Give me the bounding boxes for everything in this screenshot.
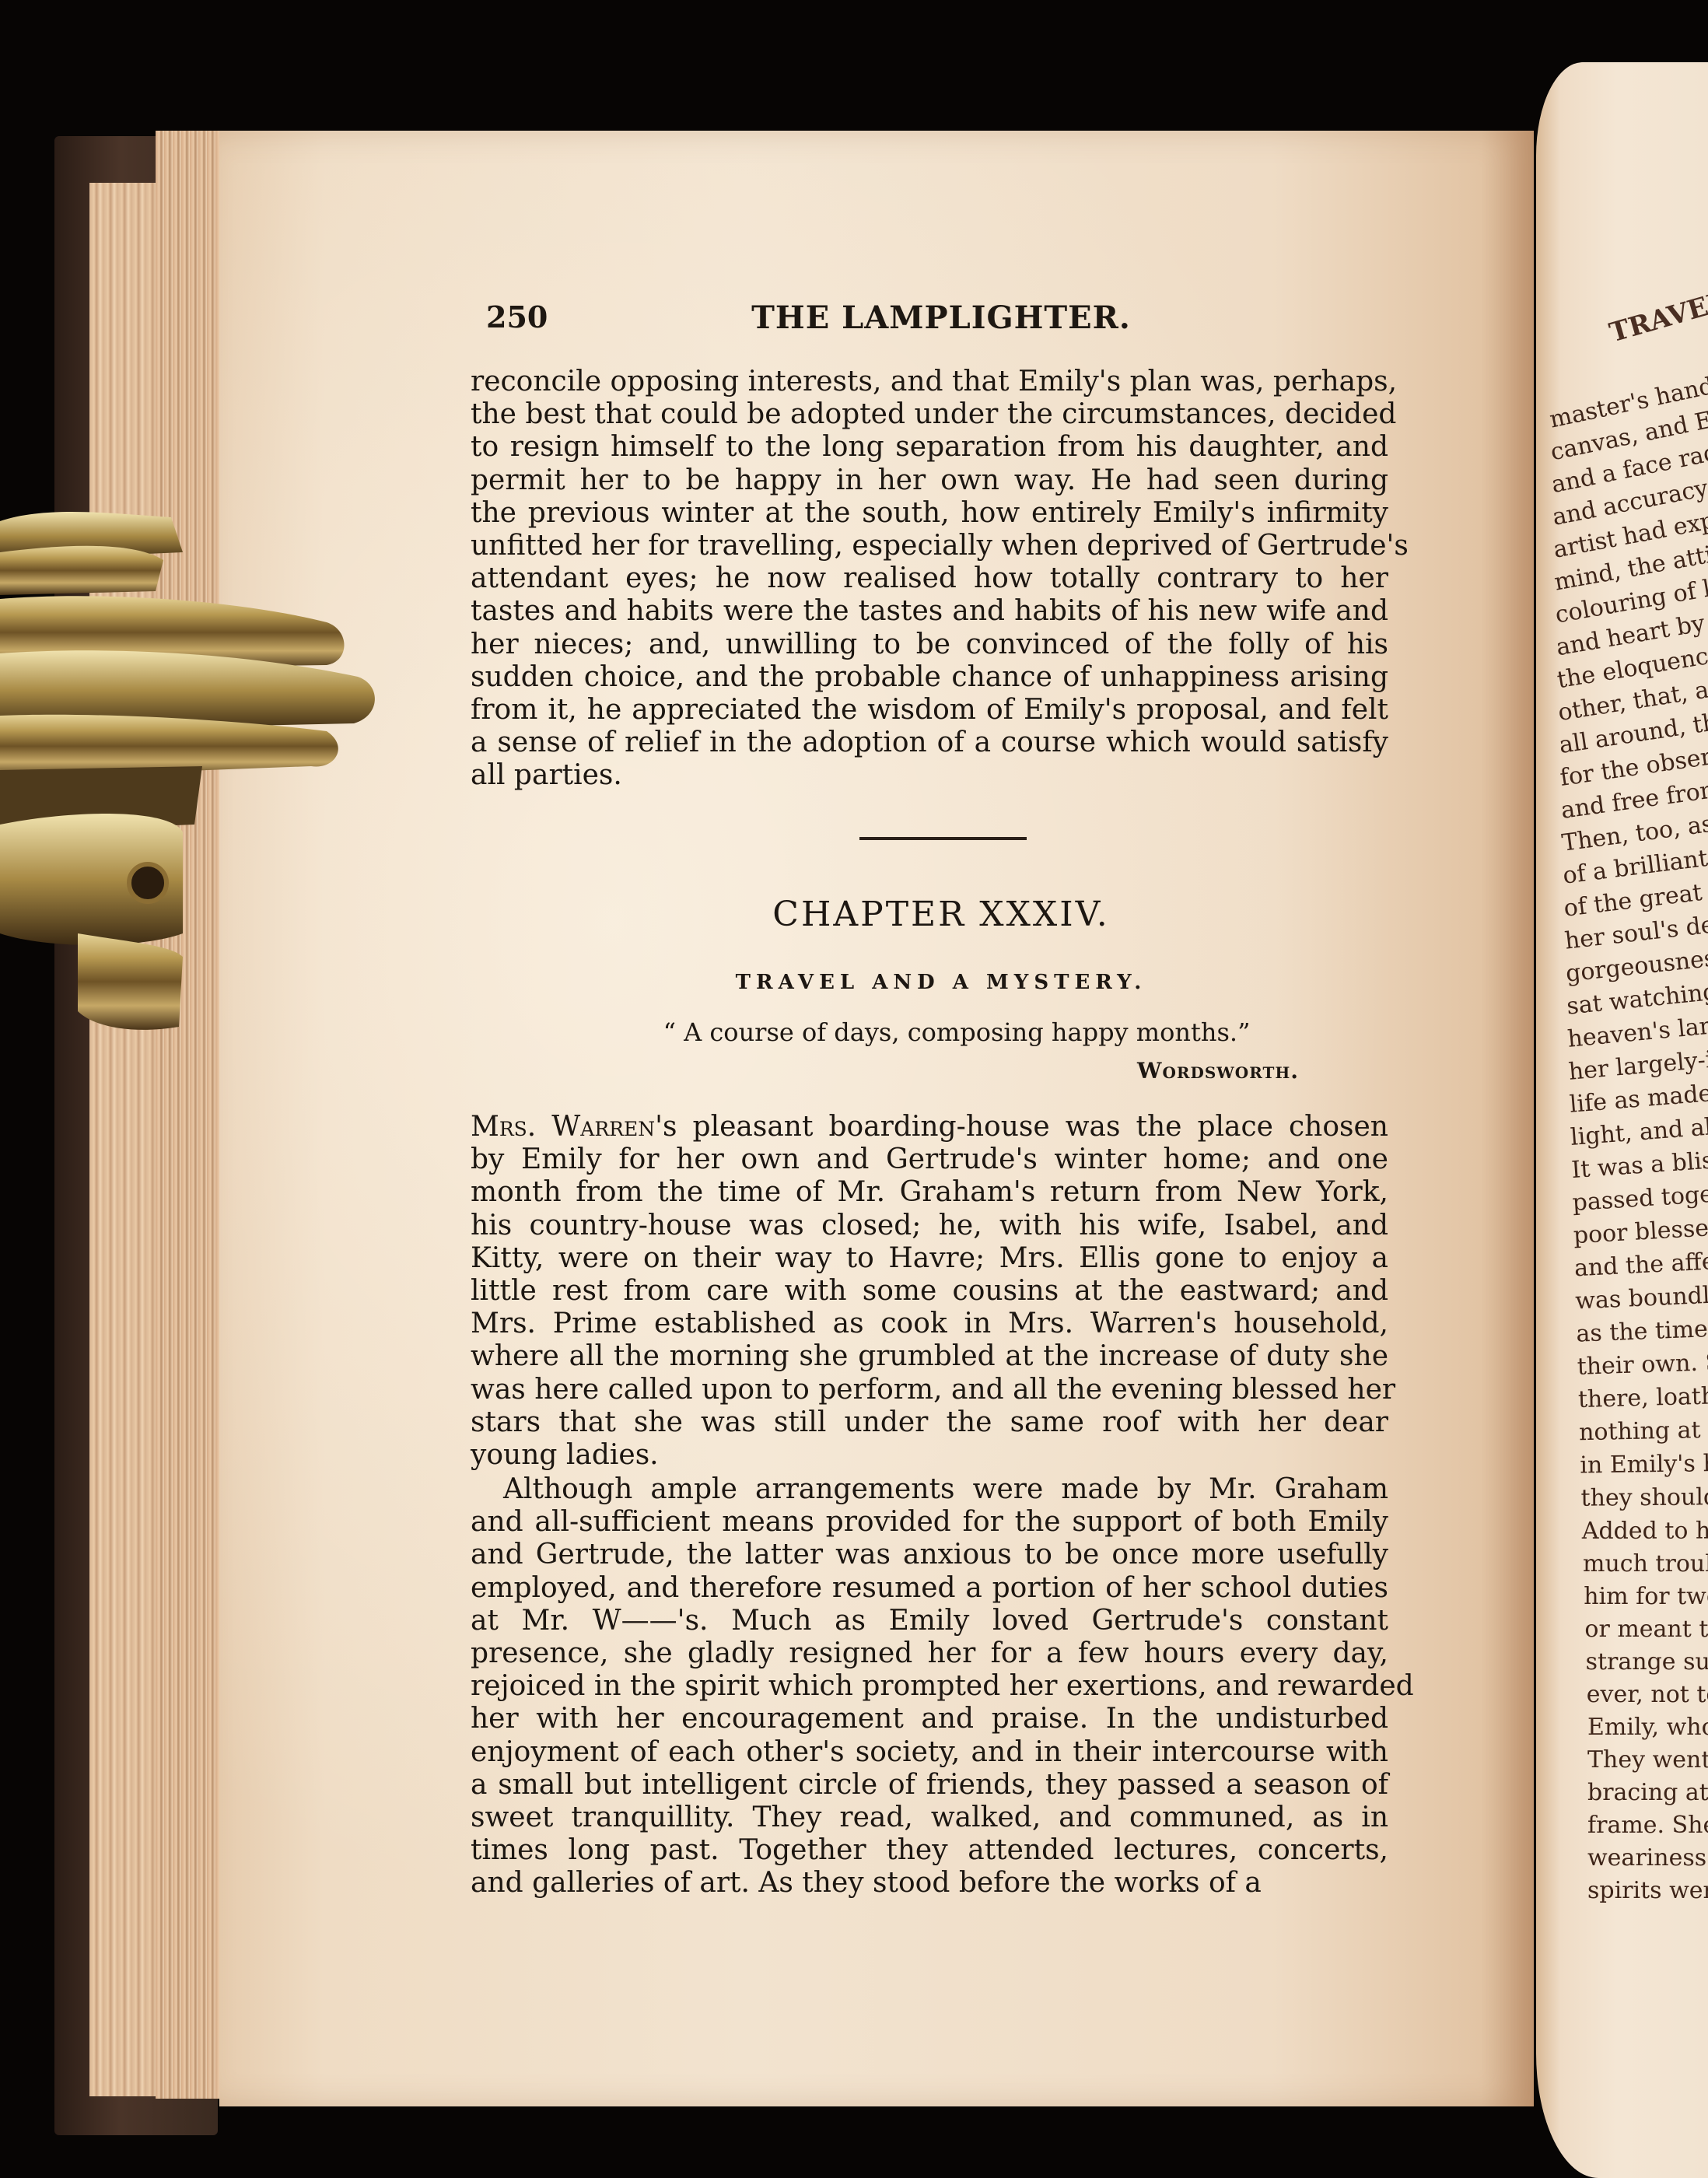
text-line: tastes and habits were the tastes and ha… bbox=[471, 595, 1388, 628]
right-running-title: TRAVEL A bbox=[1606, 278, 1708, 348]
text-line: Kitty, were on their way to Havre; Mrs. … bbox=[471, 1242, 1388, 1275]
text-line: little rest from care with some cousins … bbox=[471, 1275, 1388, 1308]
right-text-line: Added to her an bbox=[1550, 1515, 1708, 1548]
right-text-line: as the time when sh bbox=[1549, 1311, 1708, 1352]
chapter-paragraph-2: Although ample arrangements were made by… bbox=[471, 1473, 1388, 1900]
text-line: his country-house was closed; he, with h… bbox=[471, 1210, 1388, 1242]
text-line: Mrs. Warren's pleasant boarding-house wa… bbox=[471, 1111, 1388, 1143]
running-title: THE LAMPLIGHTER. bbox=[486, 299, 1396, 336]
right-text-line: frame. She wa bbox=[1550, 1809, 1708, 1842]
text-line: reconcile opposing interests, and that E… bbox=[471, 366, 1388, 398]
right-text-line: Emily, who now bbox=[1550, 1711, 1708, 1744]
epigraph-attribution: Wordsworth. bbox=[1104, 1058, 1299, 1084]
right-text-line: weariness robbe bbox=[1550, 1842, 1708, 1875]
right-text-line: in Emily's health, a bbox=[1550, 1447, 1708, 1483]
chapter-title: CHAPTER XXXIV. bbox=[467, 895, 1416, 934]
right-text-line: their own. Spring bbox=[1549, 1346, 1708, 1385]
lead-small-caps: Mrs. Warren bbox=[471, 1111, 655, 1143]
right-text-line: They went to t bbox=[1550, 1744, 1708, 1777]
text-line: permit her to be happy in her own way. H… bbox=[471, 464, 1388, 497]
right-page-text: master's hand, whether in tcanvas, and E… bbox=[1550, 404, 1708, 1907]
text-line: Mrs. Prime established as cook in Mrs. W… bbox=[471, 1308, 1388, 1340]
text-line: employed, and therefore resumed a portio… bbox=[471, 1572, 1388, 1605]
text-line: attendant eyes; he now realised how tota… bbox=[471, 562, 1388, 595]
text-line: to resign himself to the long separation… bbox=[471, 431, 1388, 464]
text-line: sweet tranquillity. They read, walked, a… bbox=[471, 1802, 1388, 1834]
section-divider-rule bbox=[859, 837, 1027, 840]
brass-clip-icon bbox=[0, 498, 404, 1143]
right-text-line: they should at once bbox=[1550, 1481, 1708, 1515]
text-line: rejoiced in the spirit which prompted he… bbox=[471, 1670, 1388, 1703]
previous-chapter-ending: reconcile opposing interests, and that E… bbox=[471, 366, 1388, 793]
right-text-line: strange suspensio bbox=[1550, 1646, 1708, 1679]
right-page: TRAVEL A master's hand, whether in tcanv… bbox=[1536, 62, 1708, 2178]
epigraph: “ A course of days, composing happy mont… bbox=[467, 1017, 1416, 1047]
right-text-line: there, loath to leave bbox=[1549, 1379, 1708, 1417]
text-line: presence, she gladly resigned her for a … bbox=[471, 1637, 1388, 1670]
text-line: young ladies. bbox=[471, 1439, 1388, 1472]
text-line: and all-sufficient means provided for th… bbox=[471, 1506, 1388, 1539]
text-line: the previous winter at the south, how en… bbox=[471, 497, 1388, 530]
text-line: sudden choice, and the probable chance o… bbox=[471, 661, 1388, 694]
chapter-paragraph-1: Mrs. Warren's pleasant boarding-house wa… bbox=[471, 1111, 1388, 1472]
text-line: a small but intelligent circle of friend… bbox=[471, 1769, 1388, 1802]
text-line: the best that could be adopted under the… bbox=[471, 398, 1388, 431]
right-text-line: nothing at last drov bbox=[1550, 1413, 1708, 1450]
page-header: 250 THE LAMPLIGHTER. bbox=[486, 299, 1396, 346]
right-text-line: spirits were s bbox=[1550, 1875, 1708, 1907]
text-line: month from the time of Mr. Graham's retu… bbox=[471, 1176, 1388, 1209]
text-line: times long past. Together they attended … bbox=[471, 1834, 1388, 1867]
right-text-line: bracing atmosph bbox=[1550, 1777, 1708, 1809]
text-line: from it, he appreciated the wisdom of Em… bbox=[471, 694, 1388, 727]
text-line: enjoyment of each other's society, and i… bbox=[471, 1736, 1388, 1769]
right-text-line: much troubled at bbox=[1550, 1548, 1708, 1581]
text-line: at Mr. W——'s. Much as Emily loved Gertru… bbox=[471, 1605, 1388, 1637]
text-line: and galleries of art. As they stood befo… bbox=[471, 1867, 1388, 1900]
text-line: was here called upon to perform, and all… bbox=[471, 1374, 1388, 1406]
text-line: stars that she was still under the same … bbox=[471, 1406, 1388, 1439]
chapter-subtitle: TRAVEL AND A MYSTERY. bbox=[467, 971, 1416, 994]
right-text-line: or meant to negle bbox=[1550, 1613, 1708, 1646]
text-line: her with her encouragement and praise. I… bbox=[471, 1703, 1388, 1735]
text-line: a sense of relief in the adoption of a c… bbox=[471, 727, 1388, 759]
text-line: where all the morning she grumbled at th… bbox=[471, 1340, 1388, 1373]
right-text-line: ever, not to feel bbox=[1550, 1679, 1708, 1711]
text-line: her nieces; and, unwilling to be convinc… bbox=[471, 629, 1388, 661]
text-line: and Gertrude, the latter was anxious to … bbox=[471, 1539, 1388, 1571]
text-line: by Emily for her own and Gertrude's wint… bbox=[471, 1143, 1388, 1176]
text-line: all parties. bbox=[471, 759, 1388, 792]
right-text-line: him for two or thr bbox=[1550, 1581, 1708, 1613]
text-line: unfitted her for travelling, especially … bbox=[471, 530, 1388, 562]
text-line: Although ample arrangements were made by… bbox=[471, 1473, 1388, 1506]
